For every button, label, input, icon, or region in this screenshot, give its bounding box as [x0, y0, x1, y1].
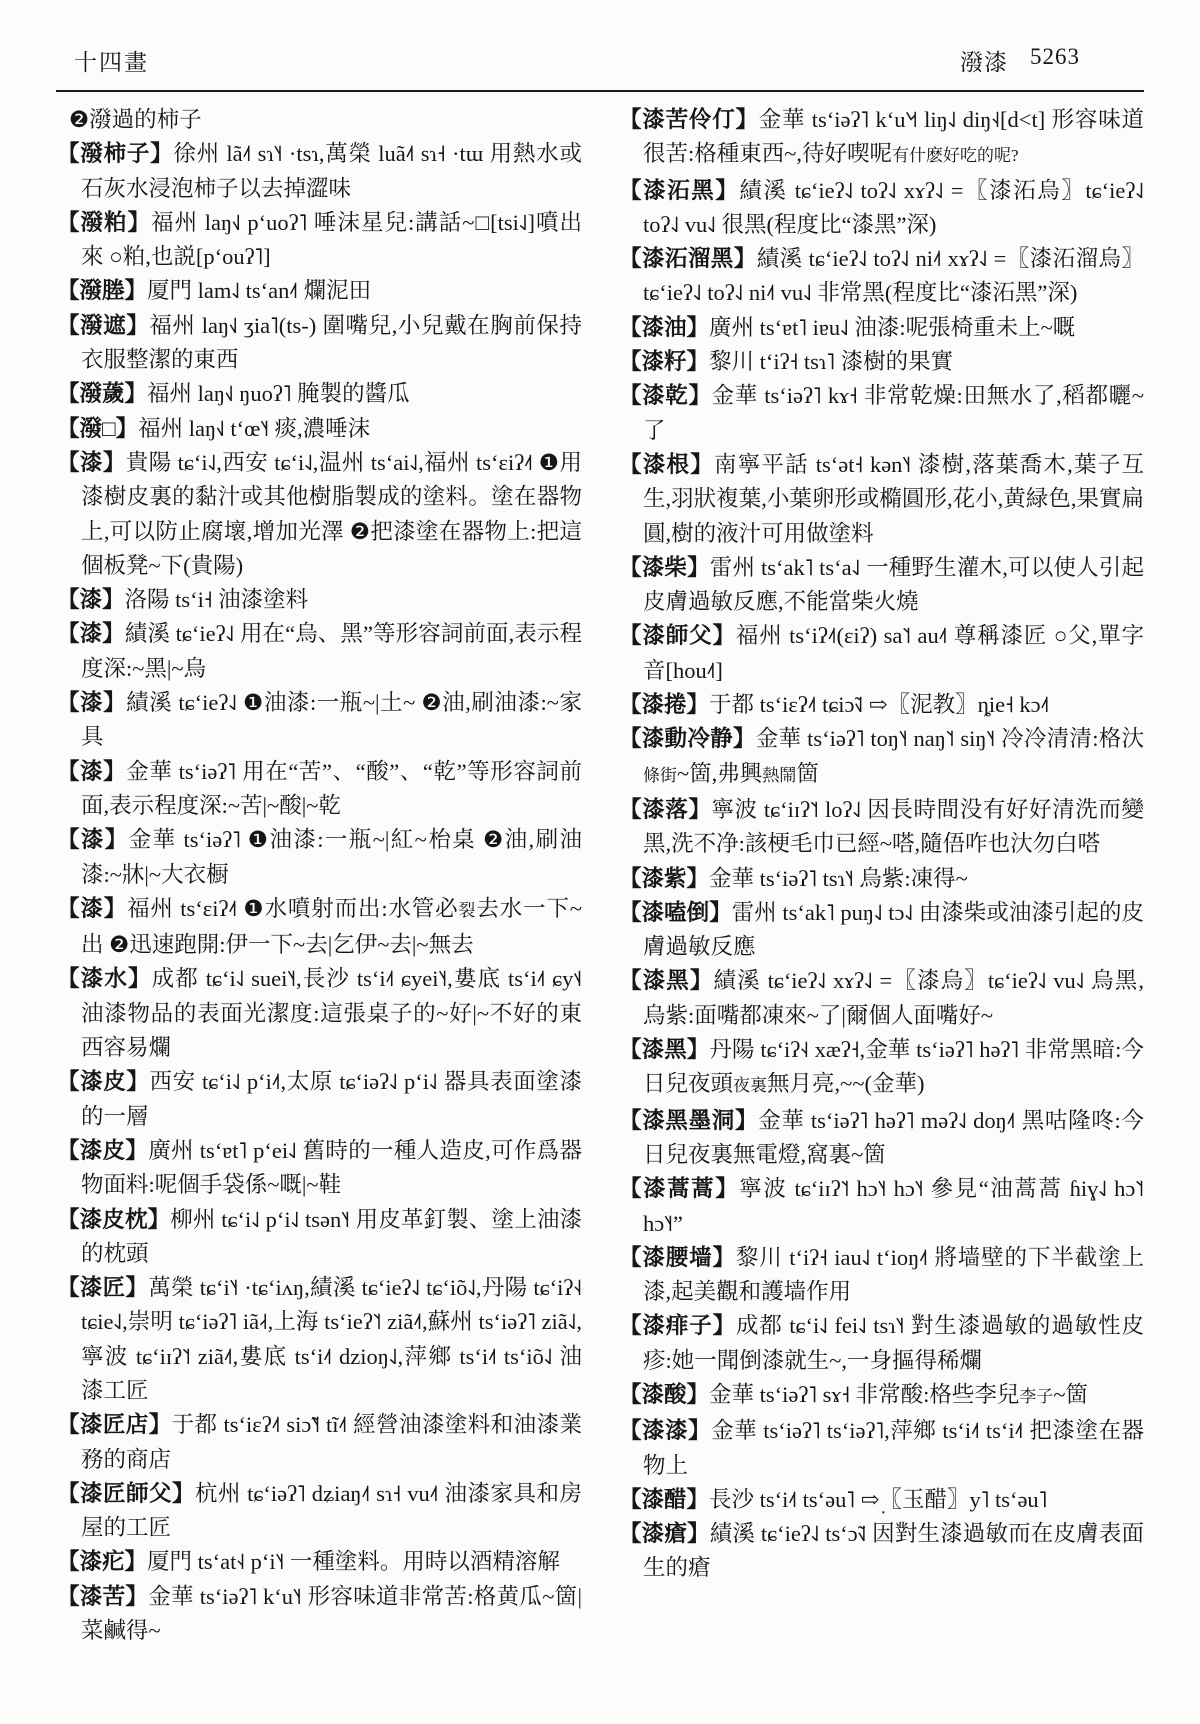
headword: 【漆師父】	[619, 623, 736, 648]
entry-text: 福州 tsʻɛiʔ˨˦ ❶水噴射而出:水管必	[127, 896, 458, 921]
dict-entry: 【漆】貴陽 tɕʻi˨˩,西安 tɕʻi˨˩,温州 tsʻai˨˩,福州 tsʻ…	[57, 446, 582, 583]
column-right: 【漆苦伶仃】金華 tsʻiəʔ˥ kʻu˥˧˦ liŋ˨˩ diŋ˧˨[d<t]…	[619, 103, 1144, 1648]
dict-entry: 【漆落】寧波 tɕʻiɪʔ˥˦ loʔ˨˩ 因長時間没有好好清洗而變黑,洗不净:…	[619, 793, 1144, 862]
entry-text: 于都 tsʻiɛʔ˨˦ tɕiɔ̃˧˩ ⇨〖泥教〗ȵie˧ kɔ˨˦	[709, 692, 1049, 717]
headword: 【漆痱子】	[619, 1313, 736, 1338]
headword: 【漆皮枕】	[57, 1207, 170, 1232]
dict-entry: 【漆沰黑】績溪 tɕʻieʔ˨˩ toʔ˨˩ xɤʔ˨˩ =〖漆沰烏〗tɕʻie…	[619, 174, 1144, 243]
radical-stroke-header: 十四畫	[74, 44, 149, 77]
dict-entry: 【漆】福州 tsʻɛiʔ˨˦ ❶水噴射而出:水管必裂去水一下~出 ❷迅速跑開:伊…	[57, 892, 582, 963]
dict-entry: 【漆】洛陽 tsʻi˧ 油漆塗料	[57, 583, 582, 617]
dict-entry: 【漆酸】金華 tsʻiəʔ˥ sɤ˧ 非常酸:格些李兒李子~箇	[619, 1378, 1144, 1414]
headword: 【漆腰墙】	[619, 1245, 736, 1270]
headword: 【漆蒿蒿】	[619, 1176, 739, 1201]
dict-entry: 【潑□】福州 laŋ˧˩ tʻœ˥˧ 痰,濃唾沫	[57, 412, 582, 446]
entry-text: 雷州 tsʻak˥ tsʻa˨˩ 一種野生灌木,可以使人引起皮膚過敏反應,不能當…	[643, 555, 1144, 614]
entry-text: 長沙 tsʻi˨˦ tsʻəu˥ ⇨〖玉醋〗y˥ tsʻəu˥	[709, 1487, 1047, 1512]
dict-entry: 【漆痱子】成都 tɕʻi˨˩ fei˨˩ tsɿ˥˧ 對生漆過敏的過敏性皮疹:她…	[619, 1309, 1144, 1378]
entry-text: 績溪 tɕʻieʔ˨˩ 用在“烏、黑”等形容詞前面,表示程度深:~黑|~烏	[81, 621, 582, 680]
dict-entry: 【漆捲】于都 tsʻiɛʔ˨˦ tɕiɔ̃˧˩ ⇨〖泥教〗ȵie˧ kɔ˨˦	[619, 688, 1144, 722]
headword: 【漆捲】	[619, 692, 709, 717]
page-header: 十四畫 潑漆 5263	[74, 44, 1080, 77]
entry-text: 金華 tsʻiəʔ˥ tsʻiəʔ˥,萍鄉 tsʻi˨˦ tsʻi˨˦ 把漆塗在…	[643, 1418, 1144, 1477]
header-rule	[56, 90, 1144, 92]
dict-entry: 【漆】金華 tsʻiəʔ˥ 用在“苦”、“酸”、“乾”等形容詞前面,表示程度深:…	[57, 755, 582, 824]
headword: 【漆嗑倒】	[619, 900, 732, 925]
dict-entry: 【漆乾】金華 tsʻiəʔ˥ kɤ˧ 非常乾燥:田無水了,稻都曬~了	[619, 379, 1144, 448]
dict-entry: 【漆黑】績溪 tɕʻieʔ˨˩ xɤʔ˨˩ =〖漆烏〗tɕʻieʔ˨˩ vu˨˩…	[619, 964, 1144, 1033]
headword: 【漆酸】	[619, 1382, 709, 1407]
dict-entry: 【漆沰溜黑】績溪 tɕʻieʔ˨˩ toʔ˨˩ ni˨˦ xɤʔ˨˩ =〖漆沰溜…	[619, 242, 1144, 311]
dict-entry: 【漆根】南寧平話 tsʻət˧ kən˥˧ 漆樹,落葉喬木,葉子互生,羽狀複葉,…	[619, 448, 1144, 551]
entry-text: 洛陽 tsʻi˧ 油漆塗料	[125, 587, 309, 612]
dict-entry: 【漆黑墨洞】金華 tsʻiəʔ˥ həʔ˥ məʔ˨˩ doŋ˨˦ 黑咕隆咚:今…	[619, 1104, 1144, 1173]
dict-entry: 【漆嗑倒】雷州 tsʻak˥ puŋ˨˩ tɔ˨˩ 由漆柴或油漆引起的皮膚過敏反…	[619, 896, 1144, 965]
entry-text: 廣州 tsʻɐt˥ pʻei˨˩ 舊時的一種人造皮,可作爲器物面料:呢個手袋係~…	[81, 1138, 582, 1197]
dict-entry: 【潑柿子】徐州 lã˨˦ sɿ˥˧ ·tsɿ,萬榮 luã˨˦ sɿ˧ ·tɯ …	[57, 137, 582, 206]
dict-entry: 【漆黑】丹陽 tɕʻiʔ˧˨ xæʔ˧,金華 tsʻiəʔ˥ həʔ˥ 非常黑暗…	[619, 1033, 1144, 1104]
headword: 【漆】	[57, 587, 125, 612]
headword: 【漆油】	[619, 315, 709, 340]
dict-entry: 【潑塍】厦門 lam˨˩ tsʻan˨˦ 爛泥田	[57, 274, 582, 308]
dict-entry: 【漆苦伶仃】金華 tsʻiəʔ˥ kʻu˥˧˦ liŋ˨˩ diŋ˧˨[d<t]…	[619, 103, 1144, 174]
dict-entry: ❷潑過的柿子	[57, 103, 582, 137]
entry-text: 績溪 tɕʻieʔ˨˩ ❶油漆:一瓶~|土~ ❷油,刷油漆:~家具	[81, 690, 582, 749]
entry-text: 金華 tsʻiəʔ˥ sɤ˧ 非常酸:格些李兒	[709, 1382, 1019, 1407]
stray-dot: ·	[880, 1502, 887, 1525]
headword: 【潑塍】	[57, 278, 147, 303]
entry-text: 西安 tɕʻi˨˩ pʻi˨˦,太原 tɕʻiəʔ˨˩ pʻi˨˩ 器具表面塗漆…	[81, 1069, 582, 1128]
entry-text: 廣州 tsʻɐt˥ iɐu˨˩ 油漆:呢張椅重未上~嘅	[709, 315, 1075, 340]
entry-text: 寧波 tɕʻiɪʔ˥˦ loʔ˨˩ 因長時間没有好好清洗而變黑,洗不净:該梗毛巾…	[643, 797, 1144, 856]
entry-text: 無月亮,~~(金華)	[767, 1071, 924, 1096]
headword: 【漆漆】	[619, 1418, 711, 1443]
entry-text: 貴陽 tɕʻi˨˩,西安 tɕʻi˨˩,温州 tsʻai˨˩,福州 tsʻɛiʔ…	[81, 450, 582, 578]
entry-text: 金華 tsʻiəʔ˥ kʻu˥˧ 形容味道非常苦:格黄瓜~箇|菜鹹得~	[81, 1584, 582, 1643]
dict-entry: 【漆油】廣州 tsʻɐt˥ iɐu˨˩ 油漆:呢張椅重未上~嘅	[619, 311, 1144, 345]
entry-text: 福州 laŋ˧˩ tʻœ˥˧ 痰,濃唾沫	[138, 416, 370, 441]
dict-entry: 【潑遮】福州 laŋ˧˩ ʒia˥(ts-) 圍嘴兒,小兒戴在胸前保持衣服整潔的…	[57, 309, 582, 378]
running-head-word: 潑漆	[960, 44, 1008, 77]
dict-entry: 【漆皮】廣州 tsʻɐt˥ pʻei˨˩ 舊時的一種人造皮,可作爲器物面料:呢個…	[57, 1134, 582, 1203]
headword: 【漆】	[57, 896, 127, 921]
dict-entry: 【漆】金華 tsʻiəʔ˥ ❶油漆:一瓶~|紅~枱桌 ❷油,刷油漆:~牀|~大衣…	[57, 823, 582, 892]
headword: 【漆疕】	[57, 1549, 147, 1574]
headword: 【漆匠】	[57, 1275, 148, 1300]
dict-entry: 【漆腰墙】黎川 tʻiʔ˧ iau˨˩ tʻioŋ˨˦ 將墙壁的下半截塗上漆,起…	[619, 1241, 1144, 1310]
entry-text: 金華 tsʻiəʔ˥ toŋ˥˧ naŋ˥˦ siŋ˥˧ 冷冷清清:格汏	[756, 726, 1144, 751]
dict-entry: 【漆】績溪 tɕʻieʔ˨˩ ❶油漆:一瓶~|土~ ❷油,刷油漆:~家具	[57, 686, 582, 755]
entry-text: 福州 laŋ˧˩ ʒia˥(ts-) 圍嘴兒,小兒戴在胸前保持衣服整潔的東西	[81, 313, 582, 372]
dict-entry: 【漆柴】雷州 tsʻak˥ tsʻa˨˩ 一種野生灌木,可以使人引起皮膚過敏反應…	[619, 551, 1144, 620]
entry-text: ~箇	[1053, 1382, 1088, 1407]
dictionary-body: ❷潑過的柿子【潑柿子】徐州 lã˨˦ sɿ˥˧ ·tsɿ,萬榮 luã˨˦ sɿ…	[57, 103, 1145, 1648]
entry-text: 成都 tɕʻi˨˩ suei˥˧,長沙 tsʻi˨˦ ɕyei˥˧,婁底 tsʻ…	[81, 966, 582, 1060]
small-gloss: 裂	[459, 901, 477, 920]
entry-text: 厦門 lam˨˩ tsʻan˨˦ 爛泥田	[147, 278, 371, 303]
headword: 【漆】	[57, 827, 129, 852]
dict-entry: 【漆瘡】績溪 tɕʻieʔ˨˩ tsʻɔ̃˧˩ 因對生漆過敏而在皮膚表面生的瘡	[619, 1517, 1144, 1586]
column-left: ❷潑過的柿子【潑柿子】徐州 lã˨˦ sɿ˥˧ ·tsɿ,萬榮 luã˨˦ sɿ…	[57, 103, 582, 1648]
dict-entry: 【漆水】成都 tɕʻi˨˩ suei˥˧,長沙 tsʻi˨˦ ɕyei˥˧,婁底…	[57, 962, 582, 1065]
headword: 【漆匠師父】	[57, 1481, 195, 1506]
headword: 【漆動冷静】	[619, 726, 756, 751]
small-gloss: 夜裏	[733, 1076, 767, 1095]
headword: 【漆乾】	[619, 383, 712, 408]
headword: 【漆黑】	[619, 1037, 709, 1062]
dict-entry: 【漆漆】金華 tsʻiəʔ˥ tsʻiəʔ˥,萍鄉 tsʻi˨˦ tsʻi˨˦ …	[619, 1414, 1144, 1483]
headword: 【漆柴】	[619, 555, 710, 580]
page-number: 5263	[1030, 44, 1080, 77]
entry-text: 福州 laŋ˧˩ ŋuoʔ˥ 腌製的醬瓜	[147, 381, 410, 406]
entry-text: 績溪 tɕʻieʔ˨˩ tsʻɔ̃˧˩ 因對生漆過敏而在皮膚表面生的瘡	[643, 1521, 1144, 1580]
small-gloss: 有什麽好吃的呢?	[892, 146, 1019, 165]
headword: 【潑柿子】	[57, 141, 173, 166]
headword: 【漆沰黑】	[619, 178, 739, 203]
entry-text: 金華 tsʻiəʔ˥ ❶油漆:一瓶~|紅~枱桌 ❷油,刷油漆:~牀|~大衣橱	[81, 827, 582, 886]
entry-text: 金華 tsʻiəʔ˥ kɤ˧ 非常乾燥:田無水了,稻都曬~了	[643, 383, 1144, 442]
headword: 【漆紫】	[619, 866, 709, 891]
headword: 【漆黑】	[619, 968, 714, 993]
dict-entry: 【漆蒿蒿】寧波 tɕʻiɪʔ˥˦ hɔ˥˧ hɔ˥˧ 參見“油蒿蒿 ɦiɣ˨˩ …	[619, 1172, 1144, 1241]
dictionary-page: 十四畫 潑漆 5263 ❷潑過的柿子【潑柿子】徐州 lã˨˦ sɿ˥˧ ·tsɿ…	[0, 0, 1200, 1724]
small-gloss: 條街	[643, 766, 677, 785]
headword: 【潑□】	[57, 416, 138, 441]
dict-entry: 【漆紫】金華 tsʻiəʔ˥ tsɿ˥˧ 烏紫:凍得~	[619, 862, 1144, 896]
entry-text: 福州 laŋ˧˩ pʻuoʔ˥ 唾沫星兒:講話~□[tsi˨˩]噴出來 ○粕,也…	[81, 210, 582, 269]
entry-text: ~箇,弗興	[677, 761, 762, 786]
headword: 【漆水】	[57, 966, 152, 991]
entry-text: 黎川 tʻiʔ˧ tsɿ˥ 漆樹的果實	[709, 349, 953, 374]
headword: 【漆皮】	[57, 1069, 150, 1094]
headword: 【漆】	[57, 690, 126, 715]
headword: 【漆皮】	[57, 1138, 148, 1163]
entry-text: 南寧平話 tsʻət˧ kən˥˧ 漆樹,落葉喬木,葉子互生,羽狀複葉,小葉卵形…	[643, 452, 1144, 546]
headword: 【漆醋】	[619, 1487, 709, 1512]
dict-entry: 【漆籽】黎川 tʻiʔ˧ tsɿ˥ 漆樹的果實	[619, 345, 1144, 379]
dict-entry: 【漆師父】福州 tsʻiʔ˨˦(ɛiʔ) sa˥˦ au˨˦ 尊稱漆匠 ○父,單…	[619, 619, 1144, 688]
headword: 【漆瘡】	[619, 1521, 710, 1546]
dict-entry: 【漆匠師父】杭州 tɕʻiəʔ˥ dʑiaŋ˨˦ sɿ˧ vu˨˦ 油漆家具和房…	[57, 1477, 582, 1546]
headword: 【漆苦伶仃】	[619, 107, 759, 132]
small-gloss: 熱鬧	[762, 766, 796, 785]
headword: 【潑粕】	[57, 210, 151, 235]
headword: 【漆】	[57, 759, 126, 784]
running-head: 潑漆 5263	[960, 44, 1080, 77]
headword: 【漆落】	[619, 797, 711, 822]
dict-entry: 【漆皮】西安 tɕʻi˨˩ pʻi˨˦,太原 tɕʻiəʔ˨˩ pʻi˨˩ 器具…	[57, 1065, 582, 1134]
headword: 【漆沰溜黑】	[619, 246, 757, 271]
dict-entry: 【漆】績溪 tɕʻieʔ˨˩ 用在“烏、黑”等形容詞前面,表示程度深:~黑|~烏	[57, 617, 582, 686]
entry-text: 厦門 tsʻat˧˨ pʻi˥˧ 一種塗料。用時以酒精溶解	[147, 1549, 560, 1574]
headword: 【漆匠店】	[57, 1412, 172, 1437]
dict-entry: 【漆動冷静】金華 tsʻiəʔ˥ toŋ˥˧ naŋ˥˦ siŋ˥˧ 冷冷清清:…	[619, 722, 1144, 793]
dict-entry: 【漆匠】萬榮 tɕʻi˥˧ ·tɕʻiʌŋ,績溪 tɕʻieʔ˨˩ tɕʻiõ˨…	[57, 1271, 582, 1408]
dict-entry: 【漆疕】厦門 tsʻat˧˨ pʻi˥˧ 一種塗料。用時以酒精溶解	[57, 1545, 582, 1579]
headword: 【潑遮】	[57, 313, 149, 338]
entry-text: 箇	[796, 761, 819, 786]
headword: 【潑薉】	[57, 381, 147, 406]
headword: 【漆籽】	[619, 349, 709, 374]
entry-text: 金華 tsʻiəʔ˥ tsɿ˥˧ 烏紫:凍得~	[709, 866, 968, 891]
entry-text: 萬榮 tɕʻi˥˧ ·tɕʻiʌŋ,績溪 tɕʻieʔ˨˩ tɕʻiõ˨˩,丹陽…	[81, 1275, 582, 1403]
dict-entry: 【潑薉】福州 laŋ˧˩ ŋuoʔ˥ 腌製的醬瓜	[57, 377, 582, 411]
headword: 【漆根】	[619, 452, 714, 477]
dict-entry: 【漆匠店】于都 tsʻiɛʔ˨˦ siɔ̃˥˧ tĩ˨˦ 經營油漆塗料和油漆業務…	[57, 1408, 582, 1477]
headword: 【漆黑墨洞】	[619, 1108, 758, 1133]
dict-entry: 【潑粕】福州 laŋ˧˩ pʻuoʔ˥ 唾沫星兒:講話~□[tsi˨˩]噴出來 …	[57, 206, 582, 275]
small-gloss: 李子	[1019, 1387, 1053, 1406]
entry-text: ❷潑過的柿子	[69, 107, 202, 132]
headword: 【漆苦】	[57, 1584, 148, 1609]
headword: 【漆】	[57, 621, 125, 646]
entry-text: 績溪 tɕʻieʔ˨˩ xɤʔ˨˩ =〖漆烏〗tɕʻieʔ˨˩ vu˨˩ 烏黑,…	[643, 968, 1144, 1027]
entry-text: 金華 tsʻiəʔ˥ 用在“苦”、“酸”、“乾”等形容詞前面,表示程度深:~苦|…	[81, 759, 582, 818]
dict-entry: 【漆皮枕】柳州 tɕʻi˨˩ pʻi˨˩ tsən˥˧ 用皮革釘製、塗上油漆的枕…	[57, 1203, 582, 1272]
headword: 【漆】	[57, 450, 126, 475]
dict-entry: 【漆苦】金華 tsʻiəʔ˥ kʻu˥˧ 形容味道非常苦:格黄瓜~箇|菜鹹得~	[57, 1580, 582, 1649]
